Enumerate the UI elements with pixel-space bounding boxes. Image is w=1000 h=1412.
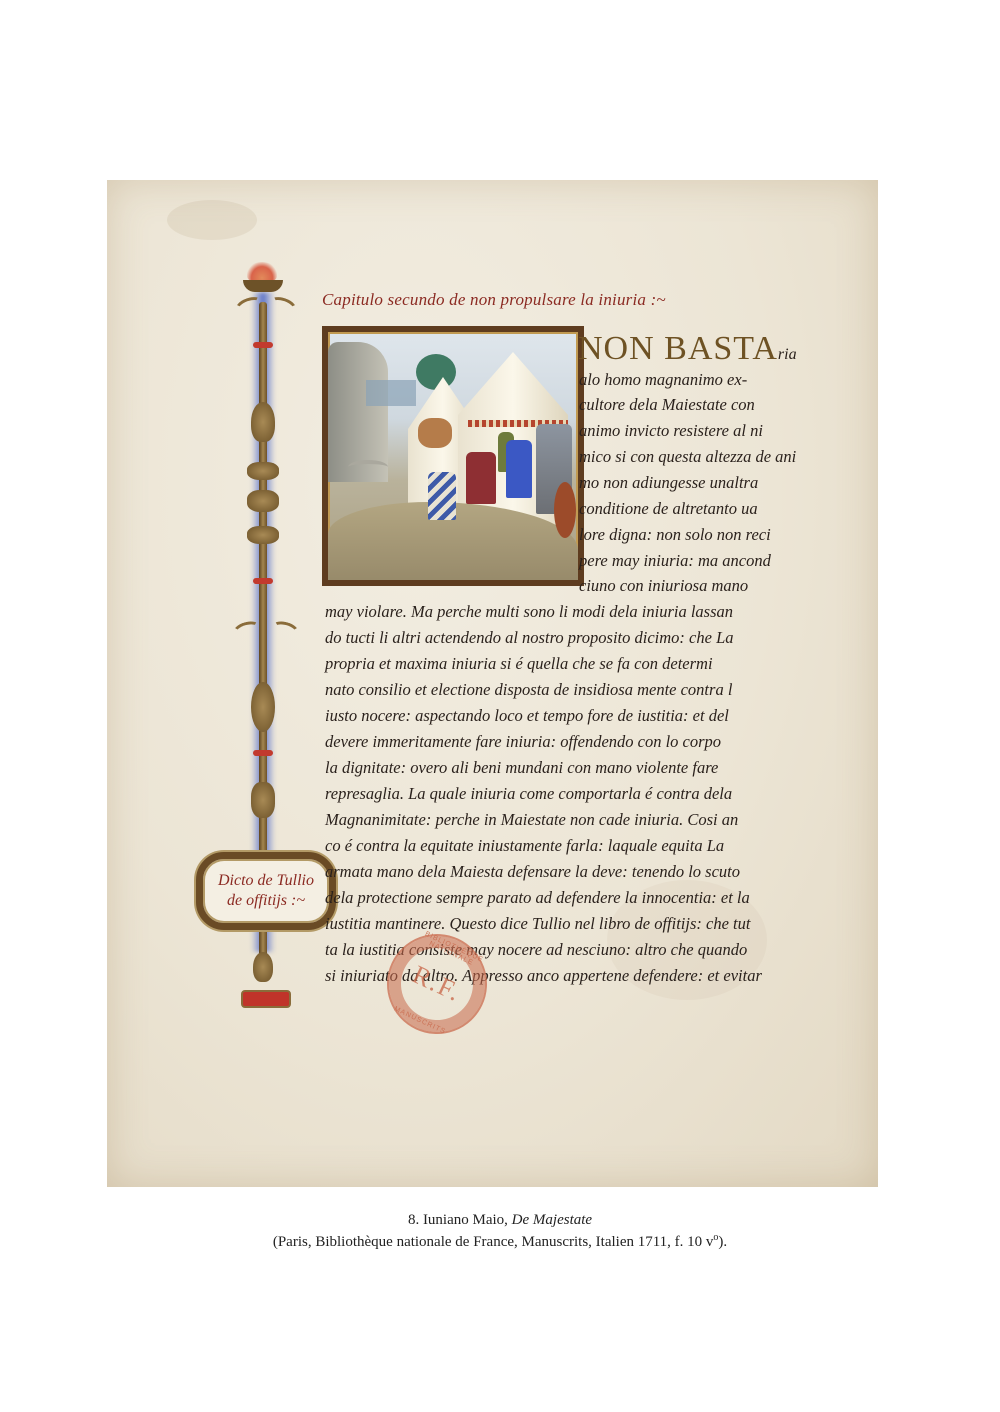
vase-ornament [251,682,275,732]
knop-ornament [251,782,275,818]
text-line: do tucti li altri actendendo al nostro p… [325,628,734,648]
flame-icon [247,262,277,282]
bridge [348,460,388,474]
text-line: armata mano dela Maiesta defensare la de… [325,862,740,882]
text-line: conditione de altretanto ua [579,499,758,519]
pendant-ornament [253,952,273,982]
chapter-rubric: Capitulo secundo de non propulsare la in… [322,290,666,310]
text-line: mo non adiungesse unaltra [579,473,758,493]
shield [554,482,576,538]
horse [418,418,452,448]
text-line: Magnanimitate: perche in Maiestate non c… [325,810,738,830]
figure-caption-source: (Paris, Bibliothèque nationale de France… [0,1232,1000,1251]
text-line: cultore dela Maiestate con [579,395,755,415]
figure-caption-title: 8. Iuniano Maio, De Majestate [0,1212,1000,1229]
text-line: mico si con questa altezza de ani [579,447,796,467]
distant-city [366,380,416,406]
text-line: la dignitate: overo ali beni mundani con… [325,758,718,778]
stamp-monogram: R.F. [408,960,467,1009]
tree [416,354,456,390]
marginal-note-line: Dicto de Tullio [218,871,314,891]
parchment-stain [167,200,257,240]
vase-ornament [251,402,275,442]
text-line: co é contra la equitate iniustamente far… [325,836,724,856]
knop-ornament [247,526,279,544]
caption-number-author: 8. Iuniano Maio, [408,1212,512,1228]
caption-work-title: De Majestate [512,1212,592,1228]
text-line: animo invicto resistere al ni [579,421,763,441]
text-line: devere immeritamente fare iniuria: offen… [325,732,721,752]
text-line: iusto nocere: aspectando loco et tempo f… [325,706,729,726]
marginal-note-line: de offitijs :~ [227,891,305,911]
cup-ornament [243,280,283,292]
text-line: propria et maxima iniuria si é quella ch… [325,654,713,674]
column-base [241,990,291,1008]
caption-source: (Paris, Bibliothèque nationale de France… [273,1234,714,1250]
crowned-ruler-figure [466,452,496,504]
knop-ornament [247,462,279,480]
marginal-note-cartouche: Dicto de Tullio de offitijs :~ [196,852,336,930]
text-line: dela protectione sempre parato ad defend… [325,888,750,908]
kneeling-figure [428,472,456,520]
text-line: may violare. Ma perche multi sono li mod… [325,602,733,622]
text-line: alo homo magnanimo ex- [579,370,747,390]
text-line: nato consilio et electione disposta de i… [325,680,732,700]
incipit-caps: NON BASTA [578,330,778,367]
caption-source-end: ). [718,1234,727,1250]
text-line: ciuno con iniuriosa mano [579,576,748,596]
text-line: ta la iustitia consiste may nocere ad ne… [325,940,747,960]
red-band [253,750,273,756]
text-line: lore digna: non solo non reci [579,525,771,545]
incipit-continuation: ria [778,346,797,363]
incipit-initials: NON BASTAria [578,330,797,368]
knop-ornament [247,490,279,512]
red-band [253,578,273,584]
text-line: iustitia mantinere. Questo dice Tullio n… [325,914,750,934]
red-band [253,342,273,348]
text-line: represaglia. La quale iniuria come compo… [325,784,732,804]
illuminated-miniature [322,326,584,586]
text-line: pere may iniuria: ma ancond [579,551,771,571]
figure [506,440,532,498]
